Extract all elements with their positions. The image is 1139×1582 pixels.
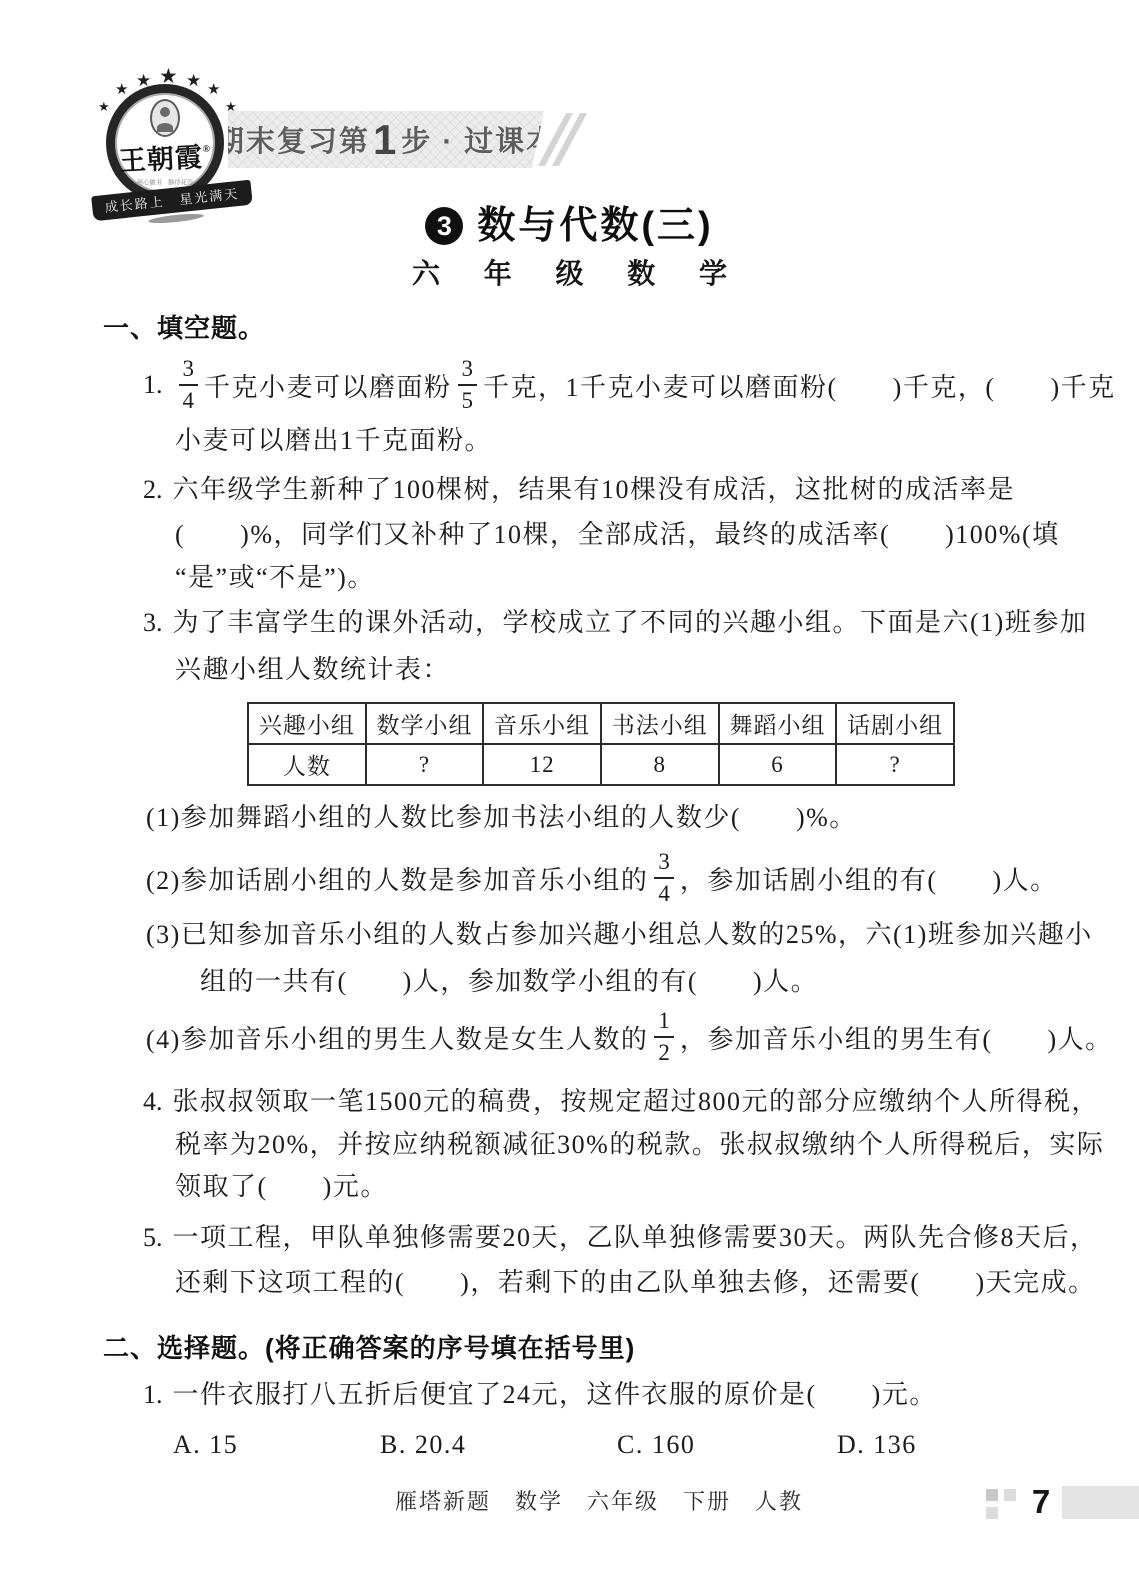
- question-text: 千克小麦可以磨面粉: [204, 367, 452, 404]
- question-2-line-1: 2.六年级学生新种了100棵树，结果有10棵没有成活，这批树的成活率是: [143, 467, 1015, 513]
- worksheet-page: ★ ★ ★ ★ ★ ★ ★ 王朝霞® 用心做书 静待花开 成长路上 星光满天 期…: [0, 0, 1139, 1582]
- table-cell: ?: [366, 744, 484, 785]
- page-subtitle: 六 年 级 数 学: [0, 252, 1139, 292]
- question-number: 1.: [143, 1380, 163, 1409]
- question-text: 一项工程，甲队单独修需要20天，乙队单独修需要30天。两队先合修8天后，: [173, 1223, 1098, 1252]
- question-number: 3.: [143, 608, 163, 637]
- option-b: B. 20.4: [380, 1422, 466, 1468]
- page-title: 3数与代数(三): [0, 194, 1139, 249]
- table-header-cell: 话剧小组: [836, 703, 954, 744]
- question-1-line-2: 小麦可以磨出1千克面粉。: [175, 418, 492, 464]
- question-4-line-3: 领取了( )元。: [175, 1164, 388, 1210]
- question-number: 5.: [143, 1223, 163, 1252]
- table-header-cell: 音乐小组: [483, 703, 601, 744]
- interest-groups-table: 兴趣小组 数学小组 音乐小组 书法小组 舞蹈小组 话剧小组 人数 ? 12 8 …: [247, 702, 955, 786]
- brand-name: 王朝霞®: [114, 134, 216, 178]
- question-text: (2)参加话剧小组的人数是参加音乐小组的: [146, 860, 648, 897]
- footer-meta: 雁塔新题 数学 六年级 下册 人教: [395, 1482, 803, 1522]
- star-icon: ★: [207, 83, 220, 98]
- unit-number-badge: 3: [425, 207, 463, 245]
- question-text: ，参加音乐小组的男生有( )人。: [680, 1019, 1113, 1056]
- table-data-row: 人数 ? 12 8 6 ?: [248, 744, 954, 785]
- table-cell: 12: [483, 744, 601, 785]
- question-4-line-1: 4.张叔叔领取一笔1500元的稿费，按规定超过800元的部分应缴纳个人所得税，: [143, 1079, 1099, 1125]
- table-cell: 8: [601, 744, 719, 785]
- question-1-line-1: 1. 34 千克小麦可以磨面粉 35 千克，1千克小麦可以磨面粉( )千克，( …: [143, 343, 1116, 427]
- option-d: D. 136: [837, 1422, 917, 1468]
- question-text: 为了丰富学生的课外活动，学校成立了不同的兴趣小组。下面是六(1)班参加: [173, 608, 1088, 637]
- page-title-text: 数与代数(三): [477, 205, 713, 247]
- table-header-cell: 数学小组: [366, 703, 484, 744]
- question-text: 千克，1千克小麦可以磨面粉( )千克，( )千克: [483, 367, 1116, 404]
- question-2-line-2: ( )%，同学们又补种了10棵，全部成活，最终的成活率( )100%(填: [175, 512, 1060, 558]
- section1-heading: 一、填空题。: [103, 308, 265, 348]
- question-text: 张叔叔领取一笔1500元的稿费，按规定超过800元的部分应缴纳个人所得税，: [173, 1087, 1100, 1116]
- option-a: A. 15: [173, 1422, 238, 1468]
- question-text: ，参加话剧小组的有( )人。: [680, 860, 1058, 897]
- portrait-icon: [150, 99, 180, 137]
- question-3-sub-2: (2)参加话剧小组的人数是参加音乐小组的 34 ，参加话剧小组的有( )人。: [146, 836, 1058, 920]
- question-5-line-1: 5.一项工程，甲队单独修需要20天，乙队单独修需要30天。两队先合修8天后，: [143, 1215, 1098, 1261]
- fraction: 35: [458, 355, 478, 414]
- table-header-cell: 兴趣小组: [248, 703, 366, 744]
- star-icon: ★: [186, 72, 201, 89]
- banner-text: 期末复习第: [215, 119, 370, 160]
- star-icon: ★: [115, 83, 128, 98]
- question-3-line-1: 3.为了丰富学生的课外活动，学校成立了不同的兴趣小组。下面是六(1)班参加: [143, 600, 1087, 646]
- section2-heading: 二、选择题。(将正确答案的序号填在括号里): [103, 1328, 635, 1368]
- footer-square-decoration: [986, 1489, 998, 1501]
- header-banner: 期末复习第1步 · 过课本: [228, 111, 544, 168]
- question-text: 一件衣服打八五折后便宜了24元，这件衣服的原价是( )元。: [173, 1380, 937, 1409]
- question-text: 六年级学生新种了100棵树，结果有10棵没有成活，这批树的成活率是: [173, 475, 1016, 504]
- table-cell: ?: [836, 744, 954, 785]
- footer-square-decoration: [1004, 1489, 1016, 1501]
- fraction: 34: [179, 355, 199, 414]
- question-4-line-2: 税率为20%，并按应纳税额减征30%的税款。张叔叔缴纳个人所得税后，实际: [175, 1122, 1104, 1168]
- section2-question-1: 1.一件衣服打八五折后便宜了24元，这件衣服的原价是( )元。: [143, 1372, 937, 1418]
- table-header-cell: 舞蹈小组: [719, 703, 837, 744]
- footer-bar-decoration: [1062, 1486, 1139, 1519]
- question-3-sub-4: (4)参加音乐小组的男生人数是女生人数的 12 ，参加音乐小组的男生有( )人。: [146, 995, 1113, 1079]
- table-header-row: 兴趣小组 数学小组 音乐小组 书法小组 舞蹈小组 话剧小组: [248, 703, 954, 744]
- question-number: 4.: [143, 1087, 163, 1116]
- fraction: 34: [654, 848, 674, 907]
- fraction: 12: [654, 1007, 674, 1066]
- question-5-line-2: 还剩下这项工程的( )，若剩下的由乙队单独去修，还需要( )天完成。: [175, 1260, 1096, 1306]
- page-number: 7: [1022, 1482, 1060, 1522]
- question-number: 1.: [143, 370, 163, 400]
- footer-square-decoration: [986, 1507, 998, 1519]
- table-header-cell: 书法小组: [601, 703, 719, 744]
- question-3-sub-1: (1)参加舞蹈小组的人数比参加书法小组的人数少( )%。: [146, 795, 857, 841]
- question-2-line-3: “是”或“不是”)。: [175, 555, 375, 601]
- question-number: 2.: [143, 475, 163, 504]
- option-c: C. 160: [617, 1422, 695, 1468]
- registered-mark: ®: [202, 144, 211, 155]
- star-icon: ★: [98, 100, 110, 113]
- table-cell: 6: [719, 744, 837, 785]
- table-row-label: 人数: [248, 744, 366, 785]
- banner-step-number: 1: [373, 119, 398, 161]
- banner-text: 步 · 过课本: [401, 119, 557, 160]
- question-3-sub-3-line-1: (3)已知参加音乐小组的人数占参加兴趣小组总人数的25%，六(1)班参加兴趣小: [146, 912, 1093, 958]
- question-text: (4)参加音乐小组的男生人数是女生人数的: [146, 1019, 648, 1056]
- question-3-line-2: 兴趣小组人数统计表：: [175, 647, 450, 693]
